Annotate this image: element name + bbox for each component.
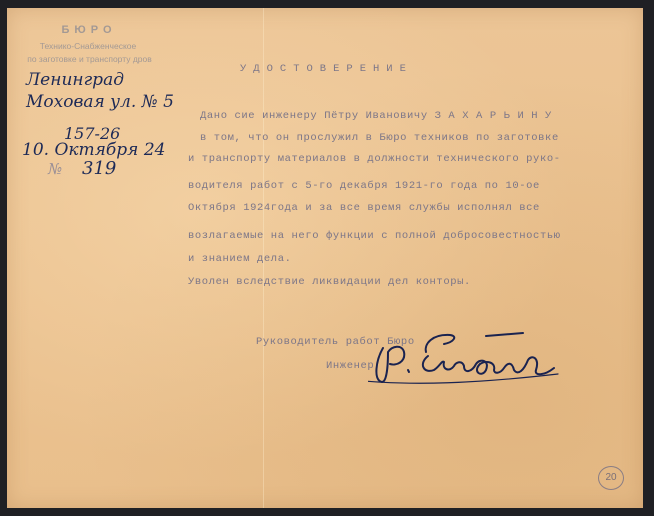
handwritten-date: 10. Октября 24 bbox=[22, 140, 165, 160]
handwritten-city: Ленинград bbox=[26, 70, 124, 90]
body-line-1: Дано сие инженеру Пётру Ивановичу З А Х … bbox=[200, 110, 552, 122]
body-line-4: водителя работ с 5-го декабря 1921-го го… bbox=[188, 180, 540, 192]
body-line-7: и знанием дела. bbox=[188, 253, 292, 265]
body-line-3: и транспорту материалов в должности техн… bbox=[188, 153, 561, 165]
document-title: УДОСТОВЕРЕНИЕ bbox=[240, 63, 413, 75]
body-line-5: Октября 1924года и за все время службы и… bbox=[188, 202, 540, 214]
number-prefix: № bbox=[48, 160, 62, 178]
handwritten-address: Моховая ул. № 5 bbox=[26, 92, 174, 112]
stamp-line-2: Технико-Снабженческое bbox=[28, 41, 148, 51]
body-line-8: Уволен вследствие ликвидации дел конторы… bbox=[188, 276, 471, 288]
stamp-line-1: БЮРО bbox=[54, 24, 124, 36]
stamp-line-3: по заготовке и транспорту дров bbox=[12, 54, 167, 64]
body-line-6: возлагаемые на него функции с полной доб… bbox=[188, 230, 561, 242]
body-line-2: в том, что он прослужил в Бюро техников … bbox=[200, 132, 559, 144]
handwritten-signature bbox=[368, 330, 578, 390]
handwritten-number: 319 bbox=[82, 158, 116, 179]
archive-number-stamp: 20 bbox=[598, 466, 624, 490]
